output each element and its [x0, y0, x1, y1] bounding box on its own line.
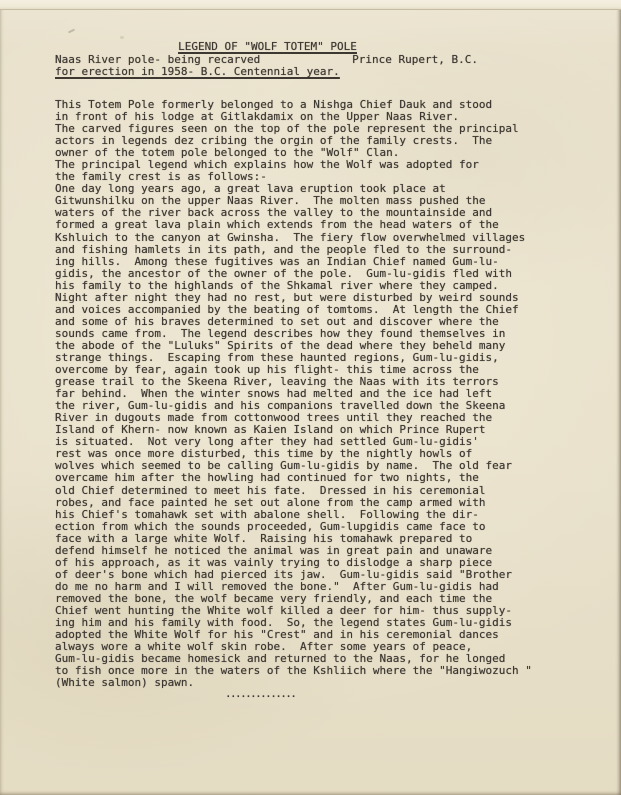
- paper-top-edge: [0, 0, 621, 10]
- subtitle-line2: for erection in 1958- B.C. Centennial ye…: [55, 66, 340, 78]
- legend-body-text: This Totem Pole formerly belonged to a N…: [55, 99, 532, 689]
- scanned-document-page: LEGEND OF "WOLF TOTEM" POLE Naas River p…: [0, 0, 621, 795]
- ending-dots: ..............: [225, 687, 295, 700]
- pencil-mark: [68, 29, 75, 34]
- pencil-mark: [120, 36, 124, 39]
- document-title: LEGEND OF "WOLF TOTEM" POLE: [55, 41, 480, 53]
- subtitle-right: Prince Rupert, B.C.: [352, 54, 478, 66]
